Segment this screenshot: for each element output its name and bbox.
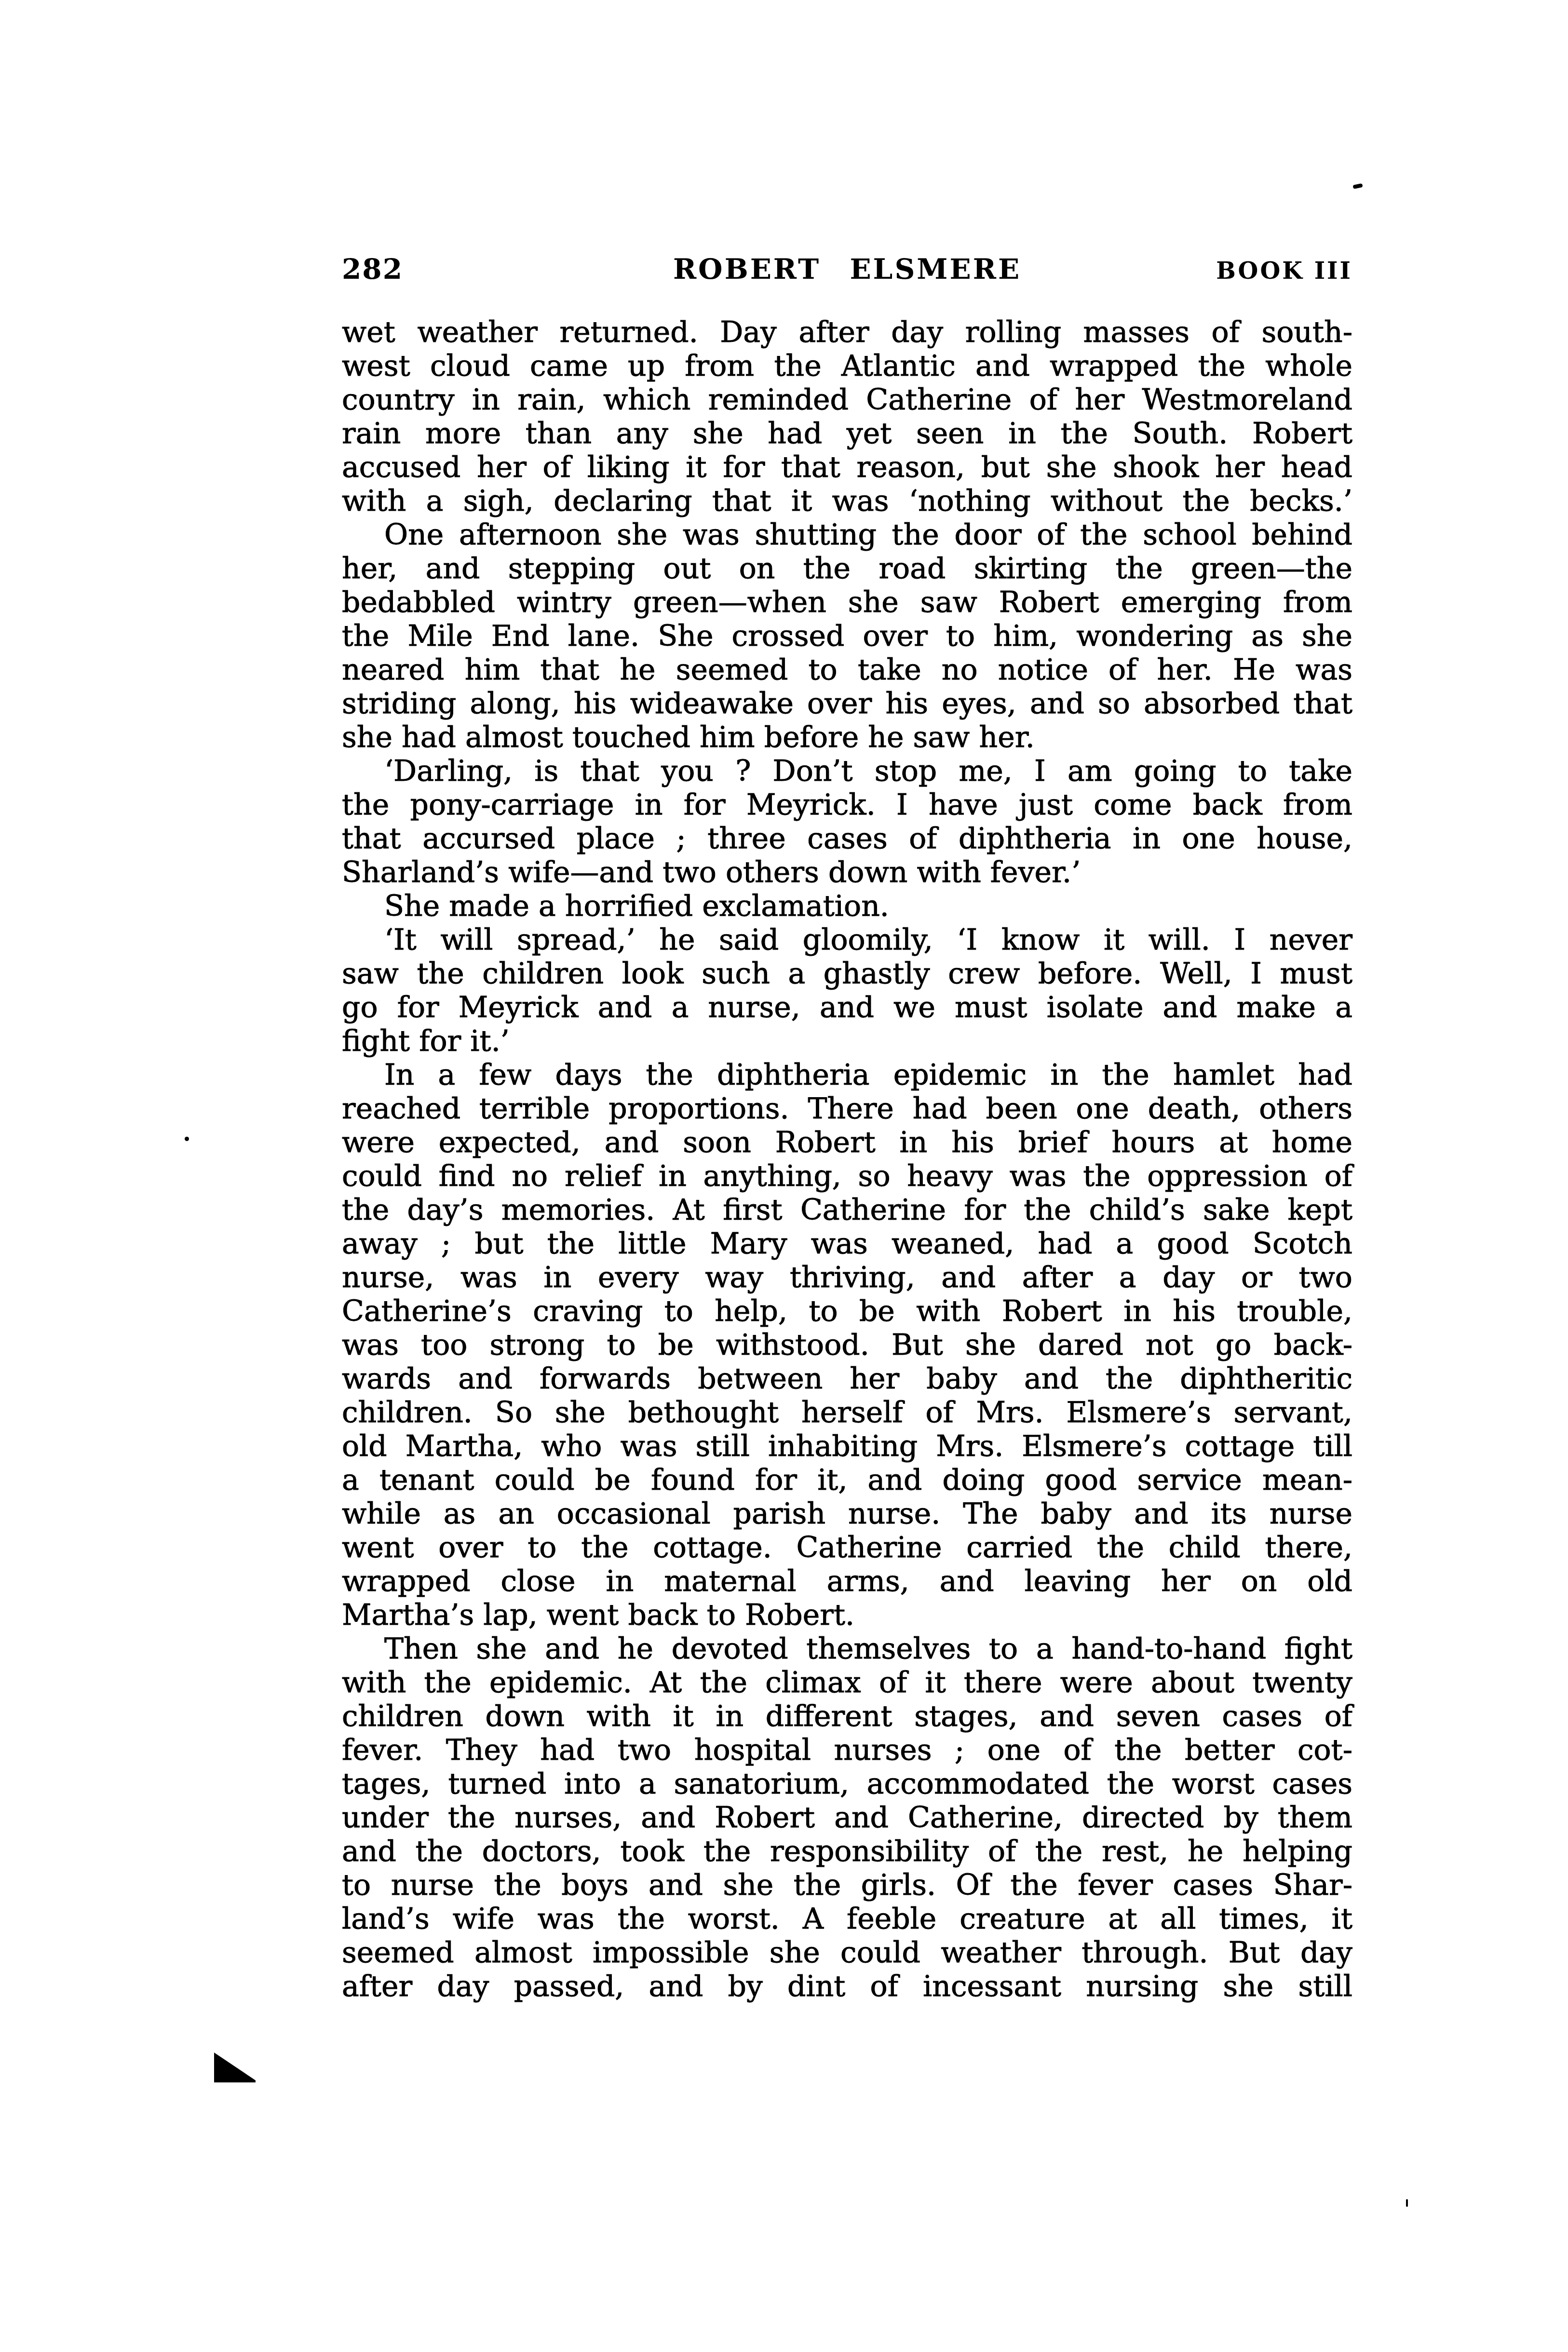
text-line: children down with it in different stage…	[342, 1699, 1352, 1733]
text-line: neared him that he seemed to take no not…	[342, 653, 1352, 687]
text-line: west cloud came up from the Atlantic and…	[342, 349, 1352, 383]
text-line: bedabbled wintry green—when she saw Robe…	[342, 585, 1352, 619]
text-line: her, and stepping out on the road skirti…	[342, 552, 1352, 585]
paragraph: ‘Darling, is that you ? Don’t stop me, I…	[342, 754, 1352, 889]
text-line: ‘It will spread,’ he said gloomily, ‘I k…	[342, 923, 1352, 957]
text-line: after day passed, and by dint of incessa…	[342, 1970, 1352, 2003]
text-line: seemed almost impossible she could weath…	[342, 1936, 1352, 1970]
page-body-text: wet weather returned. Day after day roll…	[342, 315, 1352, 2003]
text-line: wrapped close in maternal arms, and leav…	[342, 1564, 1352, 1598]
ink-speck-dash	[1352, 183, 1363, 189]
paragraph: Then she and he devoted themselves to a …	[342, 1632, 1352, 2003]
text-line: reached terrible proportions. There had …	[342, 1092, 1352, 1126]
text-line: country in rain, which reminded Catherin…	[342, 383, 1352, 417]
text-line: while as an occasional parish nurse. The…	[342, 1497, 1352, 1531]
text-line: land’s wife was the worst. A feeble crea…	[342, 1902, 1352, 1936]
paragraph: One afternoon she was shutting the door …	[342, 518, 1352, 754]
text-line: One afternoon she was shutting the door …	[342, 518, 1352, 552]
text-line: She made a horrified exclamation.	[342, 889, 1352, 923]
ink-speck-dot	[185, 1137, 189, 1141]
paragraph: She made a horrified exclamation.	[342, 889, 1352, 923]
text-line: was too strong to be withstood. But she …	[342, 1328, 1352, 1362]
text-line: Sharland’s wife—and two others down with…	[342, 856, 1352, 889]
text-line: the pony-carriage in for Meyrick. I have…	[342, 788, 1352, 822]
text-line: were expected, and soon Robert in his br…	[342, 1126, 1352, 1159]
ink-speck-tick	[1406, 2199, 1408, 2207]
text-line: the day’s memories. At first Catherine f…	[342, 1193, 1352, 1227]
paragraph: ‘It will spread,’ he said gloomily, ‘I k…	[342, 923, 1352, 1058]
text-line: she had almost touched him before he saw…	[342, 721, 1352, 754]
text-line: under the nurses, and Robert and Catheri…	[342, 1801, 1352, 1835]
book-label: BOOK III	[1216, 259, 1352, 283]
text-line: to nurse the boys and she the girls. Of …	[342, 1868, 1352, 1902]
text-line: tages, turned into a sanatorium, accommo…	[342, 1767, 1352, 1801]
text-line: ‘Darling, is that you ? Don’t stop me, I…	[342, 754, 1352, 788]
text-line: a tenant could be found for it, and doin…	[342, 1463, 1352, 1497]
text-line: go for Meyrick and a nurse, and we must …	[342, 991, 1352, 1024]
text-line: and the doctors, took the responsibility…	[342, 1835, 1352, 1868]
text-line: fight for it.’	[342, 1024, 1352, 1058]
text-line: Catherine’s craving to help, to be with …	[342, 1294, 1352, 1328]
text-line: with the epidemic. At the climax of it t…	[342, 1666, 1352, 1699]
paragraph: wet weather returned. Day after day roll…	[342, 315, 1352, 518]
text-line: accused her of liking it for that reason…	[342, 450, 1352, 484]
text-line: striding along, his wideawake over his e…	[342, 687, 1352, 721]
text-line: rain more than any she had yet seen in t…	[342, 417, 1352, 450]
text-line: In a few days the diphtheria epidemic in…	[342, 1058, 1352, 1092]
text-line: went over to the cottage. Catherine carr…	[342, 1531, 1352, 1564]
text-line: wards and forwards between her baby and …	[342, 1362, 1352, 1396]
text-line: the Mile End lane. She crossed over to h…	[342, 619, 1352, 653]
text-line: with a sigh, declaring that it was ‘noth…	[342, 484, 1352, 518]
text-line: saw the children look such a ghastly cre…	[342, 957, 1352, 991]
text-line: Then she and he devoted themselves to a …	[342, 1632, 1352, 1666]
text-line: fever. They had two hospital nurses ; on…	[342, 1733, 1352, 1767]
text-line: wet weather returned. Day after day roll…	[342, 315, 1352, 349]
paragraph: In a few days the diphtheria epidemic in…	[342, 1058, 1352, 1632]
text-line: that accursed place ; three cases of dip…	[342, 822, 1352, 856]
text-line: could find no relief in anything, so hea…	[342, 1159, 1352, 1193]
book-page-scan: 282 ROBERT ELSMERE BOOK III wet weather …	[0, 0, 1568, 2352]
text-line: Martha’s lap, went back to Robert.	[342, 1598, 1352, 1632]
text-line: old Martha, who was still inhabiting Mrs…	[342, 1429, 1352, 1463]
text-line: nurse, was in every way thriving, and af…	[342, 1261, 1352, 1294]
scan-smudge-triangle	[214, 2053, 256, 2082]
running-title: ROBERT ELSMERE	[342, 255, 1352, 283]
text-line: away ; but the little Mary was weaned, h…	[342, 1227, 1352, 1261]
text-line: children. So she bethought herself of Mr…	[342, 1396, 1352, 1429]
